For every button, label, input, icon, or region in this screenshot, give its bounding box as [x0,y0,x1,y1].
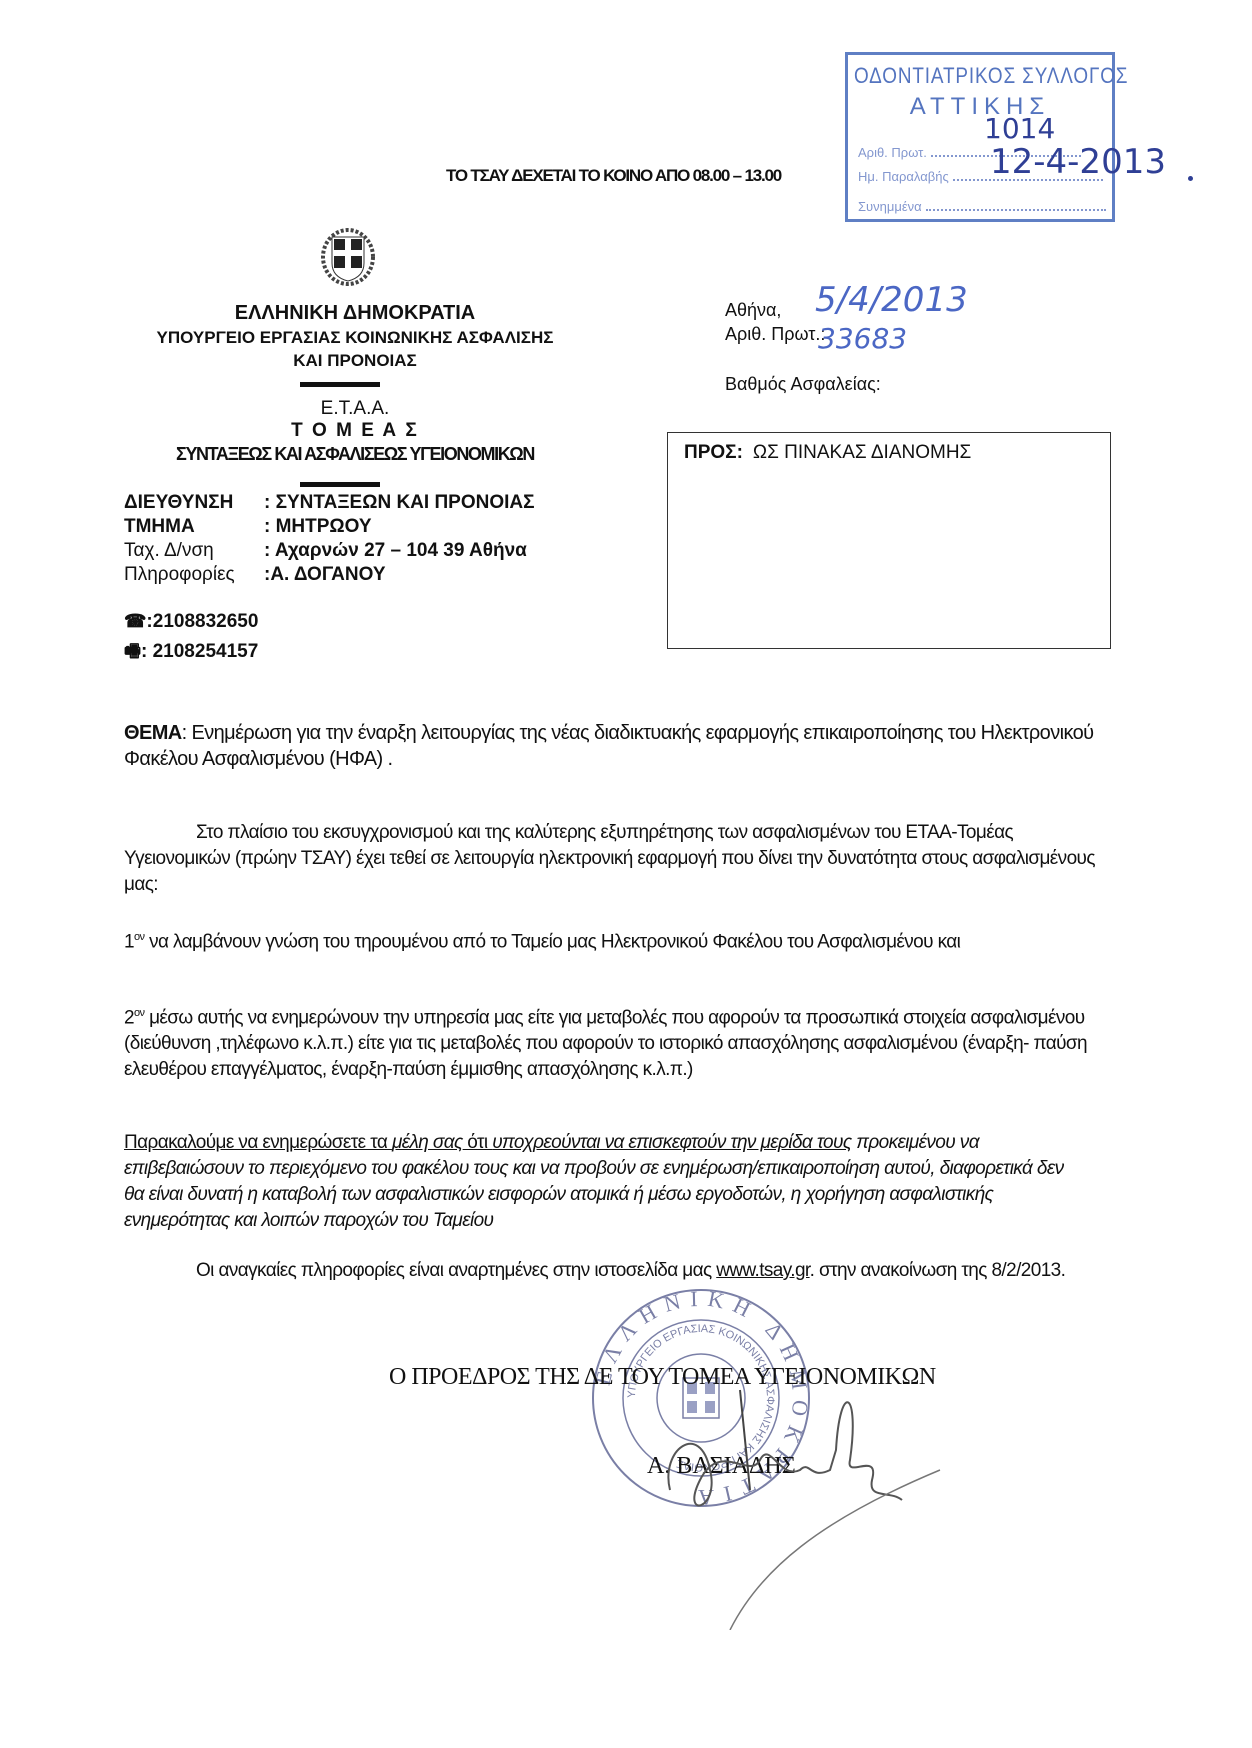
ministry-line-2: ΚΑΙ ΠΡΟΝΟΙΑΣ [110,351,600,371]
fax-icon: 🖷 [124,641,141,661]
subject-label: ΘΕΜΑ [124,722,182,744]
security-level-label: Βαθμός Ασφαλείας: [725,374,881,395]
detail-key: Ταχ. Δ/νση [124,540,264,562]
country-name: ΕΛΛΗΝΙΚΗ ΔΗΜΟΚΡΑΤΙΑ [110,302,600,325]
stamp-region: ΑΤΤΙΚΗΣ [848,93,1112,121]
stamp-received-label: Ημ. Παραλαβής [858,169,949,184]
stamp-received-handwritten: 12-4-2013 [990,142,1166,182]
office-hours-note: ΤΟ ΤΣΑΥ ΔΕΧΕΤΑΙ ΤΟ ΚΟΙΝΟ ΑΠΟ 08.00 – 13.… [446,166,781,186]
detail-department: ΤΜΗΜΑ: ΜΗΤΡΩΟΥ [124,516,372,538]
date-handwritten: 5/4/2013 [815,280,968,320]
sector-name: ΣΥΝΤΑΞΕΩΣ ΚΑΙ ΑΣΦΑΛΙΣΕΩΣ ΥΓΕΙΟΝΟΜΙΚΩΝ [110,444,600,465]
date-line: Αθήνα, [725,300,781,321]
stamp-protocol-label: Αριθ. Πρωτ. [858,145,927,160]
recipient-value: ΩΣ ΠΙΝΑΚΑΣ ΔΙΑΝΟΜΗΣ [753,442,971,463]
subject: ΘΕΜΑ: Ενημέρωση για την έναρξη λειτουργί… [124,720,1104,772]
ink-dot [1188,176,1193,181]
telephone-icon: ☎ [124,611,146,631]
handwritten-signature [640,1330,980,1635]
greek-coat-of-arms-icon [320,227,376,287]
body-request: Παρακαλούμε να ενημερώσετε τα μέλη σας ό… [124,1130,1084,1234]
fax-number: : 2108254157 [141,641,258,662]
detail-value: : Αχαρνών 27 – 104 39 Αθήνα [264,540,527,561]
recipient-box: ΠΡΟΣ:ΩΣ ΠΙΝΑΚΑΣ ΔΙΑΝΟΜΗΣ [667,432,1111,649]
detail-key: ΤΜΗΜΑ [124,516,264,538]
stamp-title: ΟΔΟΝΤΙΑΤΡΙΚΟΣ ΣΥΛΛΟΓΟΣ [854,63,1128,89]
recipient-line: ΠΡΟΣ:ΩΣ ΠΙΝΑΚΑΣ ΔΙΑΝΟΜΗΣ [684,442,971,464]
contact-fax: 🖷: 2108254157 [124,639,258,669]
subject-text: : Ενημέρωση για την έναρξη λειτουργίας τ… [124,722,1093,770]
detail-key: ΔΙΕΥΘΥΝΣΗ [124,492,264,514]
protocol-label: Αριθ. Πρωτ.: [725,324,825,344]
detail-information: Πληροφορίες:Α. ΔΟΓΑΝΟΥ [124,564,386,586]
detail-address: Ταχ. Δ/νση: Αχαρνών 27 – 104 39 Αθήνα [124,540,527,562]
protocol-handwritten: 33683 [818,322,907,355]
reception-stamp: ΟΔΟΝΤΙΑΤΡΙΚΟΣ ΣΥΛΛΟΓΟΣ ΑΤΤΙΚΗΣ Αριθ. Πρω… [845,52,1115,222]
stamp-attachments-label: Συνημμένα [858,199,922,214]
header-divider [300,382,380,387]
protocol-line: Αριθ. Πρωτ.: [725,324,825,345]
recipient-label: ΠΡΟΣ: [684,442,743,463]
header-divider-2 [300,482,380,487]
stamp-protocol-handwritten: 1014 [984,112,1055,145]
request-underlined: Παρακαλούμε να ενημερώσετε τα μέλη σας ό… [124,1132,852,1153]
stamp-attachments-row: Συνημμένα [858,199,1106,214]
body-item-1: 1ον να λαμβάνουν γνώση του τηρουμένου απ… [124,924,1084,955]
detail-key: Πληροφορίες [124,564,264,586]
organization-name: Ε.Τ.Α.Α. [110,398,600,420]
detail-directorate: ΔΙΕΥΘΥΝΣΗ: ΣΥΝΤΑΞΕΩΝ ΚΑΙ ΠΡΟΝΟΙΑΣ [124,492,535,514]
detail-value: : ΣΥΝΤΑΞΕΩΝ ΚΑΙ ΠΡΟΝΟΙΑΣ [264,492,535,513]
body-info: Οι αναγκαίες πληροφορίες είναι αναρτημέν… [124,1258,1084,1284]
body-intro: Στο πλαίσιο του εκσυγχρονισμού και της κ… [124,820,1114,898]
detail-value: : ΜΗΤΡΩΟΥ [264,516,372,537]
city-label: Αθήνα, [725,300,781,320]
ministry-line-1: ΥΠΟΥΡΓΕΙΟ ΕΡΓΑΣΙΑΣ ΚΟΙΝΩΝΙΚΗΣ ΑΣΦΑΛΙΣΗΣ [110,328,600,348]
phone-number: :2108832650 [146,611,258,632]
body-item-2: 2ον μέσω αυτής να ενημερώνουν την υπηρεσ… [124,1000,1114,1083]
detail-value: :Α. ΔΟΓΑΝΟΥ [264,564,386,585]
website-link[interactable]: www.tsay.gr [716,1260,809,1281]
contact-phone: ☎:2108832650 [124,611,258,633]
sector-label: Τ Ο Μ Ε Α Σ [110,420,600,442]
